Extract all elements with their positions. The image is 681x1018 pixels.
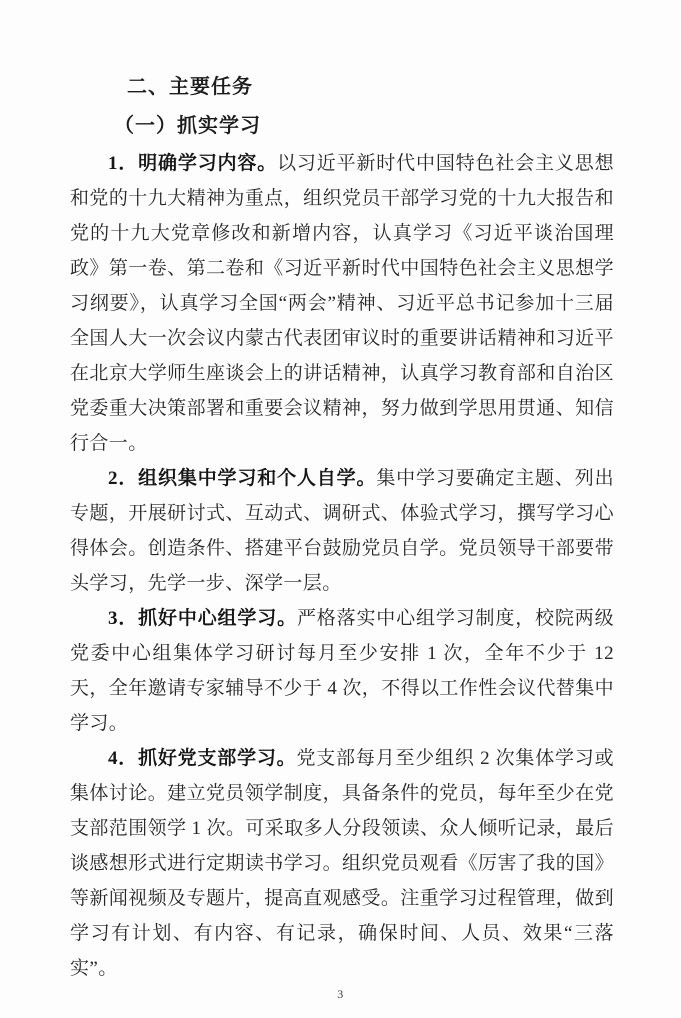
subsection-title: （一）抓实学习 (114, 107, 614, 146)
paragraph-1: 1．明确学习内容。以习近平新时代中国特色社会主义思想和党的十九大精神为重点，组织… (70, 146, 614, 461)
paragraph-3: 3．抓好中心组学习。严格落实中心组学习制度，校院两级党委中心组集体学习研讨每月至… (70, 601, 614, 741)
document-page: 二、主要任务 （一）抓实学习 1．明确学习内容。以习近平新时代中国特色社会主义思… (0, 0, 681, 1018)
document-body: 二、主要任务 （一）抓实学习 1．明确学习内容。以习近平新时代中国特色社会主义思… (70, 68, 614, 986)
paragraph-3-lead: 3．抓好中心组学习。 (108, 608, 297, 629)
paragraph-4-lead: 4．抓好党支部学习。 (108, 748, 296, 769)
paragraph-4: 4．抓好党支部学习。党支部每月至少组织 2 次集体学习或集体讨论。建立党员领学制… (70, 741, 614, 986)
paragraph-1-lead: 1．明确学习内容。 (108, 153, 277, 174)
page-number: 3 (0, 987, 681, 1002)
paragraph-2: 2．组织集中学习和个人自学。集中学习要确定主题、列出专题，开展研讨式、互动式、调… (70, 461, 614, 601)
section-title: 二、主要任务 (127, 68, 614, 107)
paragraph-4-text: 党支部每月至少组织 2 次集体学习或集体讨论。建立党员领学制度，具备条件的党员，… (70, 748, 614, 979)
paragraph-2-lead: 2．组织集中学习和个人自学。 (108, 468, 376, 489)
paragraph-1-text: 以习近平新时代中国特色社会主义思想和党的十九大精神为重点，组织党员干部学习党的十… (70, 153, 614, 454)
